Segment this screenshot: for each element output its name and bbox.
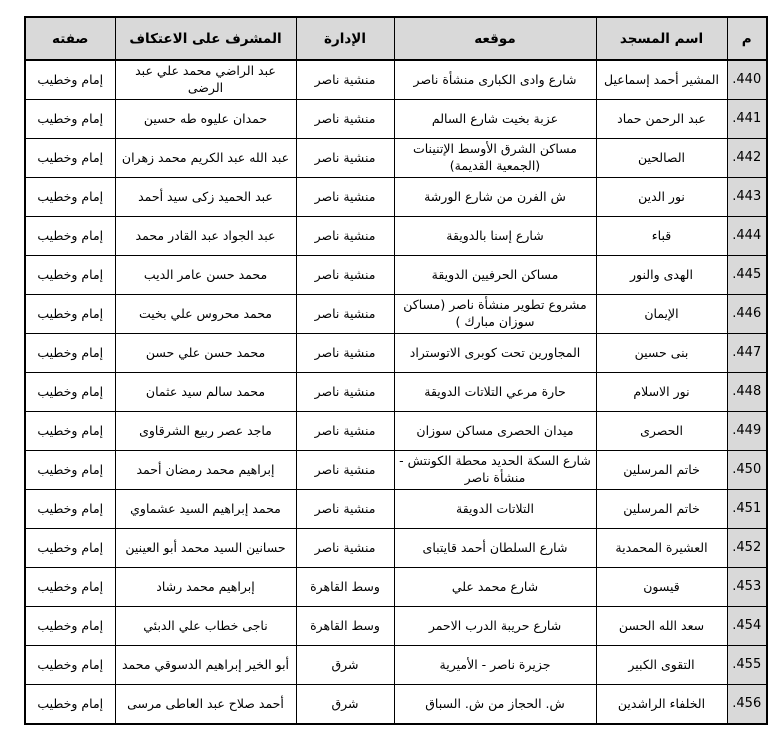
role-cell: إمام وخطيب xyxy=(25,529,115,568)
supervisor-name-cell: محمد حسن علي حسن xyxy=(115,334,296,373)
header-mosque: اسم المسجد xyxy=(596,17,727,60)
administration-cell: منشية ناصر xyxy=(296,490,394,529)
role-cell: إمام وخطيب xyxy=(25,100,115,139)
table-row: 453. قيسون شارع محمد علي وسط القاهرة إبر… xyxy=(25,568,767,607)
table-header: م اسم المسجد موقعه الإدارة المشرف على ال… xyxy=(25,17,767,60)
header-number: م xyxy=(727,17,767,60)
row-number-cell: 446. xyxy=(727,295,767,334)
mosque-name-cell: الحصرى xyxy=(596,412,727,451)
mosque-table: م اسم المسجد موقعه الإدارة المشرف على ال… xyxy=(24,16,768,725)
mosque-name-cell: التقوى الكبير xyxy=(596,646,727,685)
mosque-name-cell: قباء xyxy=(596,217,727,256)
table-row: 443. نور الدين ش الفرن من شارع الورشة من… xyxy=(25,178,767,217)
supervisor-name-cell: محمد حسن عامر الديب xyxy=(115,256,296,295)
location-cell: ميدان الحصرى مساكن سوزان xyxy=(394,412,596,451)
row-number-cell: 452. xyxy=(727,529,767,568)
administration-cell: منشية ناصر xyxy=(296,60,394,100)
row-number-cell: 456. xyxy=(727,685,767,725)
role-cell: إمام وخطيب xyxy=(25,490,115,529)
administration-cell: منشية ناصر xyxy=(296,178,394,217)
mosque-name-cell: قيسون xyxy=(596,568,727,607)
mosque-name-cell: نور الدين xyxy=(596,178,727,217)
row-number-cell: 450. xyxy=(727,451,767,490)
row-number-cell: 451. xyxy=(727,490,767,529)
row-number-cell: 448. xyxy=(727,373,767,412)
role-cell: إمام وخطيب xyxy=(25,139,115,178)
role-cell: إمام وخطيب xyxy=(25,295,115,334)
supervisor-name-cell: أحمد صلاح عبد العاطى مرسى xyxy=(115,685,296,725)
header-role: صفته xyxy=(25,17,115,60)
supervisor-name-cell: إبراهيم محمد رمضان أحمد xyxy=(115,451,296,490)
supervisor-name-cell: عبد الراضي محمد علي عبد الرضى xyxy=(115,60,296,100)
mosque-name-cell: عبد الرحمن حماد xyxy=(596,100,727,139)
supervisor-name-cell: حمدان عليوه طه حسين xyxy=(115,100,296,139)
role-cell: إمام وخطيب xyxy=(25,607,115,646)
mosque-name-cell: بنى حسين xyxy=(596,334,727,373)
row-number-cell: 447. xyxy=(727,334,767,373)
supervisor-name-cell: أبو الخير إبراهيم الدسوقي محمد xyxy=(115,646,296,685)
administration-cell: منشية ناصر xyxy=(296,334,394,373)
location-cell: المجاورين تحت كوبرى الاتوستراد xyxy=(394,334,596,373)
supervisor-name-cell: عبد الله عبد الكريم محمد زهران xyxy=(115,139,296,178)
supervisor-name-cell: حسانين السيد محمد أبو العينين xyxy=(115,529,296,568)
location-cell: شارع السلطان أحمد قايتباى xyxy=(394,529,596,568)
administration-cell: شرق xyxy=(296,685,394,725)
table-body: 440. المشير أحمد إسماعيل شارع وادى الكبا… xyxy=(25,60,767,724)
table-row: 451. خاتم المرسلين التلاتات الدويقة منشي… xyxy=(25,490,767,529)
role-cell: إمام وخطيب xyxy=(25,217,115,256)
location-cell: شارع محمد علي xyxy=(394,568,596,607)
location-cell: شارع وادى الكبارى منشأة ناصر xyxy=(394,60,596,100)
row-number-cell: 444. xyxy=(727,217,767,256)
role-cell: إمام وخطيب xyxy=(25,60,115,100)
location-cell: التلاتات الدويقة xyxy=(394,490,596,529)
supervisor-name-cell: إبراهيم محمد رشاد xyxy=(115,568,296,607)
location-cell: جزيرة ناصر - الأميرية xyxy=(394,646,596,685)
location-cell: حارة مرعي التلاتات الدويقة xyxy=(394,373,596,412)
supervisor-name-cell: محمد إبراهيم السيد عشماوي xyxy=(115,490,296,529)
administration-cell: منشية ناصر xyxy=(296,256,394,295)
administration-cell: منشية ناصر xyxy=(296,412,394,451)
location-cell: عزبة بخيت شارع السالم xyxy=(394,100,596,139)
mosque-name-cell: الإيمان xyxy=(596,295,727,334)
row-number-cell: 442. xyxy=(727,139,767,178)
location-cell: شارع السكة الحديد محطة الكونتش - منشأة ن… xyxy=(394,451,596,490)
mosque-name-cell: نور الاسلام xyxy=(596,373,727,412)
header-supervisor: المشرف على الاعتكاف xyxy=(115,17,296,60)
table-row: 449. الحصرى ميدان الحصرى مساكن سوزان منش… xyxy=(25,412,767,451)
administration-cell: وسط القاهرة xyxy=(296,568,394,607)
table-row: 448. نور الاسلام حارة مرعي التلاتات الدو… xyxy=(25,373,767,412)
role-cell: إمام وخطيب xyxy=(25,646,115,685)
supervisor-name-cell: محمد محروس علي بخيت xyxy=(115,295,296,334)
administration-cell: منشية ناصر xyxy=(296,100,394,139)
table-row: 455. التقوى الكبير جزيرة ناصر - الأميرية… xyxy=(25,646,767,685)
role-cell: إمام وخطيب xyxy=(25,334,115,373)
table-row: 444. قباء شارع إسنا بالدويقة منشية ناصر … xyxy=(25,217,767,256)
mosque-name-cell: الخلفاء الراشدين xyxy=(596,685,727,725)
table-row: 446. الإيمان مشروع تطوير منشأة ناصر (مسا… xyxy=(25,295,767,334)
role-cell: إمام وخطيب xyxy=(25,373,115,412)
mosque-name-cell: المشير أحمد إسماعيل xyxy=(596,60,727,100)
table-row: 450. خاتم المرسلين شارع السكة الحديد محط… xyxy=(25,451,767,490)
supervisor-name-cell: عبد الجواد عبد القادر محمد xyxy=(115,217,296,256)
table-row: 452. العشيرة المحمدية شارع السلطان أحمد … xyxy=(25,529,767,568)
supervisor-name-cell: محمد سالم سيد عثمان xyxy=(115,373,296,412)
table-row: 447. بنى حسين المجاورين تحت كوبرى الاتوس… xyxy=(25,334,767,373)
row-number-cell: 440. xyxy=(727,60,767,100)
mosque-name-cell: خاتم المرسلين xyxy=(596,451,727,490)
header-location: موقعه xyxy=(394,17,596,60)
location-cell: مساكن الشرق الأوسط الإتنينات (الجمعية ال… xyxy=(394,139,596,178)
role-cell: إمام وخطيب xyxy=(25,178,115,217)
row-number-cell: 455. xyxy=(727,646,767,685)
header-row: م اسم المسجد موقعه الإدارة المشرف على ال… xyxy=(25,17,767,60)
supervisor-name-cell: عبد الحميد زكى سيد أحمد xyxy=(115,178,296,217)
location-cell: مشروع تطوير منشأة ناصر (مساكن سوزان مبار… xyxy=(394,295,596,334)
administration-cell: منشية ناصر xyxy=(296,451,394,490)
table-row: 442. الصالحين مساكن الشرق الأوسط الإتنين… xyxy=(25,139,767,178)
role-cell: إمام وخطيب xyxy=(25,451,115,490)
location-cell: مساكن الحرفيين الدويقة xyxy=(394,256,596,295)
role-cell: إمام وخطيب xyxy=(25,412,115,451)
role-cell: إمام وخطيب xyxy=(25,256,115,295)
supervisor-name-cell: ناجى خطاب علي الدبئي xyxy=(115,607,296,646)
row-number-cell: 449. xyxy=(727,412,767,451)
row-number-cell: 445. xyxy=(727,256,767,295)
row-number-cell: 453. xyxy=(727,568,767,607)
row-number-cell: 443. xyxy=(727,178,767,217)
administration-cell: منشية ناصر xyxy=(296,529,394,568)
location-cell: شارع حريبة الدرب الاحمر xyxy=(394,607,596,646)
row-number-cell: 441. xyxy=(727,100,767,139)
location-cell: شارع إسنا بالدويقة xyxy=(394,217,596,256)
administration-cell: منشية ناصر xyxy=(296,139,394,178)
administration-cell: منشية ناصر xyxy=(296,295,394,334)
table-row: 441. عبد الرحمن حماد عزبة بخيت شارع السا… xyxy=(25,100,767,139)
mosque-name-cell: العشيرة المحمدية xyxy=(596,529,727,568)
administration-cell: وسط القاهرة xyxy=(296,607,394,646)
header-admin: الإدارة xyxy=(296,17,394,60)
role-cell: إمام وخطيب xyxy=(25,568,115,607)
document-page: م اسم المسجد موقعه الإدارة المشرف على ال… xyxy=(0,0,778,732)
administration-cell: منشية ناصر xyxy=(296,217,394,256)
administration-cell: شرق xyxy=(296,646,394,685)
table-row: 440. المشير أحمد إسماعيل شارع وادى الكبا… xyxy=(25,60,767,100)
row-number-cell: 454. xyxy=(727,607,767,646)
mosque-name-cell: الهدى والنور xyxy=(596,256,727,295)
location-cell: ش. الحجاز من ش. السباق xyxy=(394,685,596,725)
location-cell: ش الفرن من شارع الورشة xyxy=(394,178,596,217)
mosque-name-cell: خاتم المرسلين xyxy=(596,490,727,529)
role-cell: إمام وخطيب xyxy=(25,685,115,725)
mosque-name-cell: الصالحين xyxy=(596,139,727,178)
supervisor-name-cell: ماجد عصر ربيع الشرقاوى xyxy=(115,412,296,451)
table-row: 445. الهدى والنور مساكن الحرفيين الدويقة… xyxy=(25,256,767,295)
administration-cell: منشية ناصر xyxy=(296,373,394,412)
table-row: 456. الخلفاء الراشدين ش. الحجاز من ش. ال… xyxy=(25,685,767,725)
table-row: 454. سعد الله الحسن شارع حريبة الدرب الا… xyxy=(25,607,767,646)
mosque-name-cell: سعد الله الحسن xyxy=(596,607,727,646)
